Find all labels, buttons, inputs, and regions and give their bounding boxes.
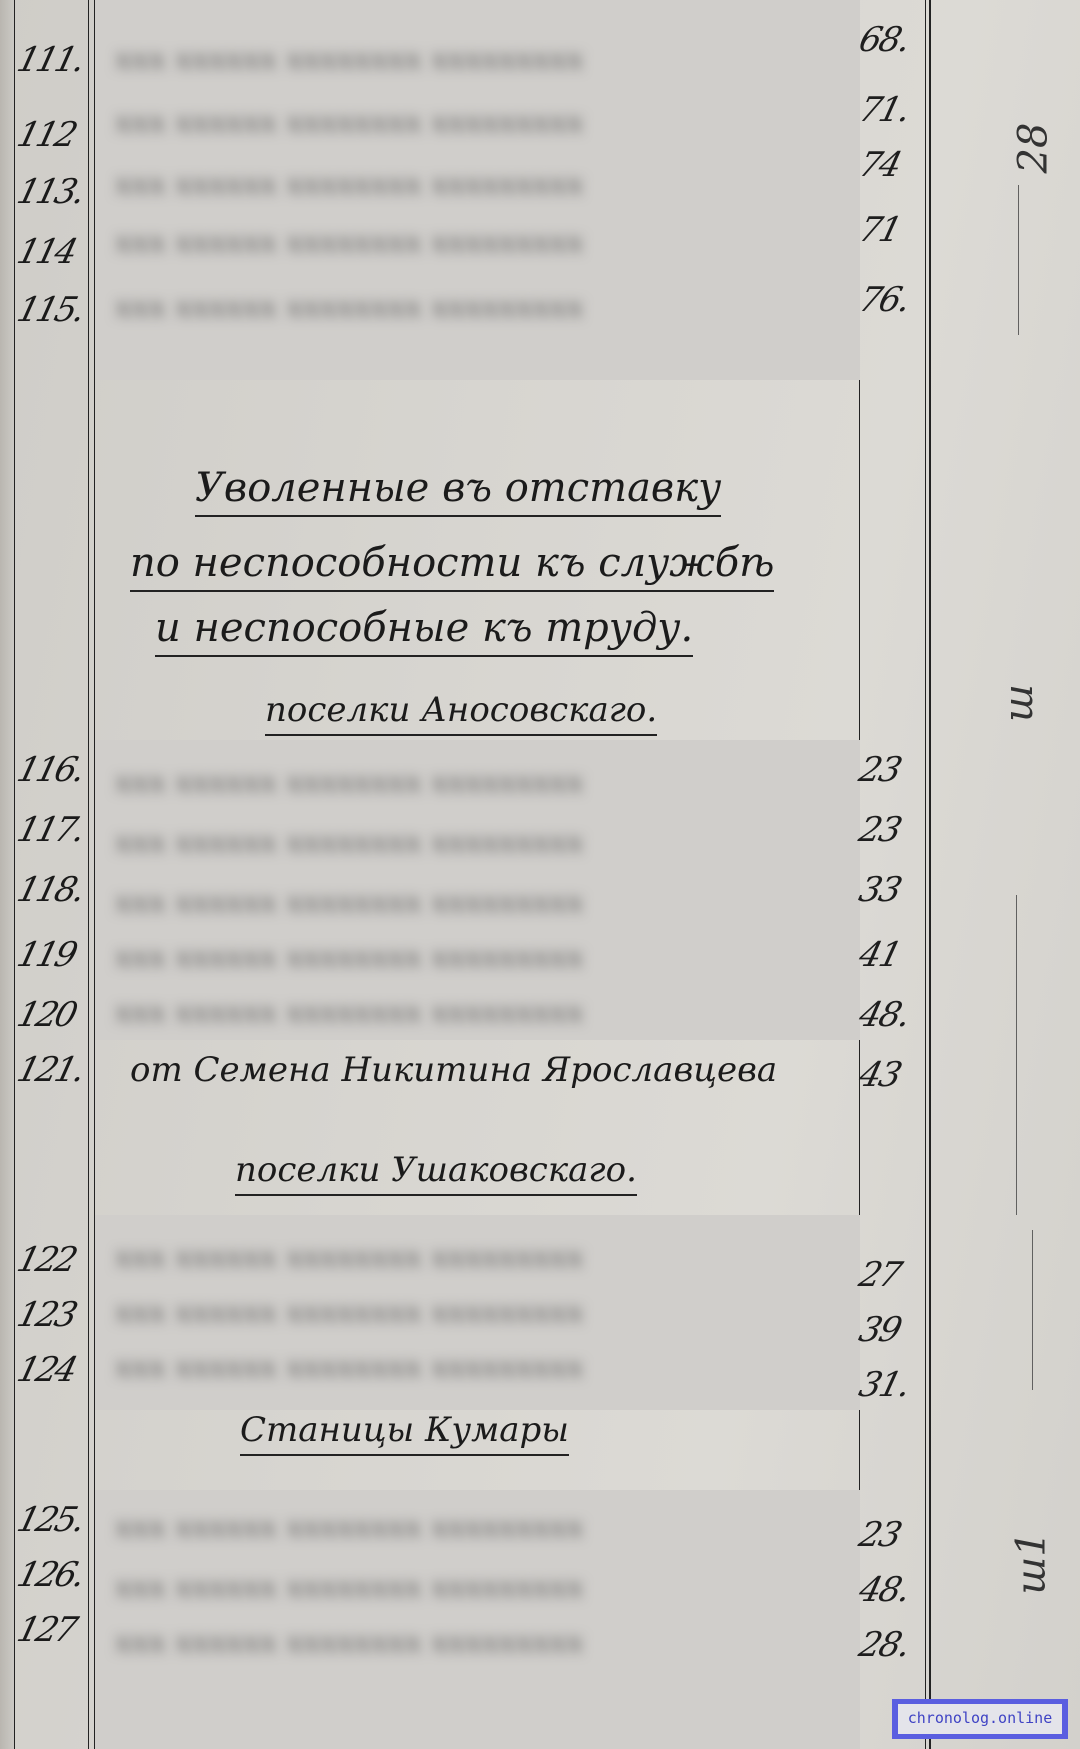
row-number: 125. xyxy=(13,1500,93,1540)
age-value: 27 xyxy=(855,1255,925,1295)
page-binding-edge xyxy=(0,0,14,1749)
redacted-line: ххх хххххх хххххххх ххххххххх xyxy=(115,1240,850,1270)
redacted-line: ххх хххххх хххххххх ххххххххх xyxy=(115,940,850,970)
redacted-line: ххх хххххх хххххххх ххххххххх xyxy=(115,105,850,135)
row-number: 126. xyxy=(13,1555,93,1595)
redacted-line: ххх хххххх хххххххх ххххххххх xyxy=(115,825,850,855)
row-number-121: 121. xyxy=(13,1050,93,1090)
redacted-line: ххх хххххх хххххххх ххххххххх xyxy=(115,1510,850,1540)
margin-note-bottom: ш1 xyxy=(1009,1531,1055,1594)
row-number: 115. xyxy=(13,290,93,330)
redacted-line: ххх хххххх хххххххх ххххххххх xyxy=(115,1295,850,1325)
row-number: 116. xyxy=(13,750,93,790)
redacted-line: ххх хххххх хххххххх ххххххххх xyxy=(115,995,850,1025)
redacted-block-1: ххх хххххх хххххххх ххххххххх ххх хххххх… xyxy=(95,0,860,380)
redacted-line: ххх хххххх хххххххх ххххххххх xyxy=(115,1625,850,1655)
section-heading-line3: и неспособные къ труду. xyxy=(155,605,693,651)
watermark-link[interactable]: chronolog.online xyxy=(892,1699,1068,1739)
margin-stroke-1 xyxy=(1018,185,1019,335)
age-value: 68. xyxy=(855,20,925,60)
row-number: 113. xyxy=(13,172,93,212)
age-value: 23 xyxy=(855,750,925,790)
margin-note-top: 28 xyxy=(1010,123,1056,174)
margin-note-middle: ш xyxy=(996,684,1042,722)
age-value: 23 xyxy=(855,810,925,850)
row-number: 127 xyxy=(13,1610,93,1650)
section-heading-line2: по неспособности къ службѣ xyxy=(130,540,774,586)
entry-121-text: от Семена Никитина Ярославцева xyxy=(130,1050,860,1090)
settlement-heading-kumary: Станицы Кумары xyxy=(240,1410,569,1450)
age-value: 76. xyxy=(855,280,925,320)
row-number: 117. xyxy=(13,810,93,850)
settlement-heading-ushakovsky: поселки Ушаковскаго. xyxy=(235,1150,637,1190)
age-value: 33 xyxy=(855,870,925,910)
row-number: 124 xyxy=(13,1350,93,1390)
entry-121-age: 43 xyxy=(855,1055,925,1095)
redacted-block-4: ххх хххххх хххххххх ххххххххх ххх хххххх… xyxy=(95,1490,860,1749)
section-heading-line1: Уволенные въ отставку xyxy=(195,465,721,511)
redacted-line: ххх хххххх хххххххх ххххххххх xyxy=(115,167,850,197)
redacted-block-3: ххх хххххх хххххххх ххххххххх ххх хххххх… xyxy=(95,1215,860,1410)
row-number: 118. xyxy=(13,870,93,910)
redacted-line: ххх хххххх хххххххх ххххххххх xyxy=(115,885,850,915)
row-number: 112 xyxy=(13,115,93,155)
age-value: 31. xyxy=(855,1365,925,1405)
age-value: 23 xyxy=(855,1515,925,1555)
redacted-block-2: ххх хххххх хххххххх ххххххххх ххх хххххх… xyxy=(95,740,860,1040)
row-number: 122 xyxy=(13,1240,93,1280)
redacted-line: ххх хххххх хххххххх ххххххххх xyxy=(115,765,850,795)
row-number: 114 xyxy=(13,232,93,272)
settlement-heading-anosovsky: поселки Аносовскаго. xyxy=(265,690,657,730)
age-value: 48. xyxy=(855,1570,925,1610)
redacted-line: ххх хххххх хххххххх ххххххххх xyxy=(115,290,850,320)
age-value: 39 xyxy=(855,1310,925,1350)
age-value: 28. xyxy=(855,1625,925,1665)
age-value: 71 xyxy=(855,210,925,250)
age-value: 71. xyxy=(855,90,925,130)
redacted-line: ххх хххххх хххххххх ххххххххх xyxy=(115,1570,850,1600)
age-value: 41 xyxy=(855,935,925,975)
age-value: 48. xyxy=(855,995,925,1035)
row-number: 120 xyxy=(13,995,93,1035)
watermark-text: chronolog.online xyxy=(898,1704,1062,1734)
margin-stroke-2 xyxy=(1016,895,1017,1215)
redacted-line: ххх хххххх хххххххх ххххххххх xyxy=(115,1350,850,1380)
redacted-line: ххх хххххх хххххххх ххххххххх xyxy=(115,225,850,255)
register-page: 28 ш ш1 ххх хххххх хххххххх ххххххххх хх… xyxy=(0,0,1080,1749)
row-number: 123 xyxy=(13,1295,93,1335)
row-number: 111. xyxy=(13,40,93,80)
rule-age-column-right-thick xyxy=(929,0,931,1749)
margin-stroke-3 xyxy=(1032,1230,1033,1390)
row-number: 119 xyxy=(13,935,93,975)
rule-age-column-right xyxy=(925,0,926,1749)
age-value: 74 xyxy=(855,145,925,185)
redacted-line: ххх хххххх хххххххх ххххххххх xyxy=(115,42,850,72)
